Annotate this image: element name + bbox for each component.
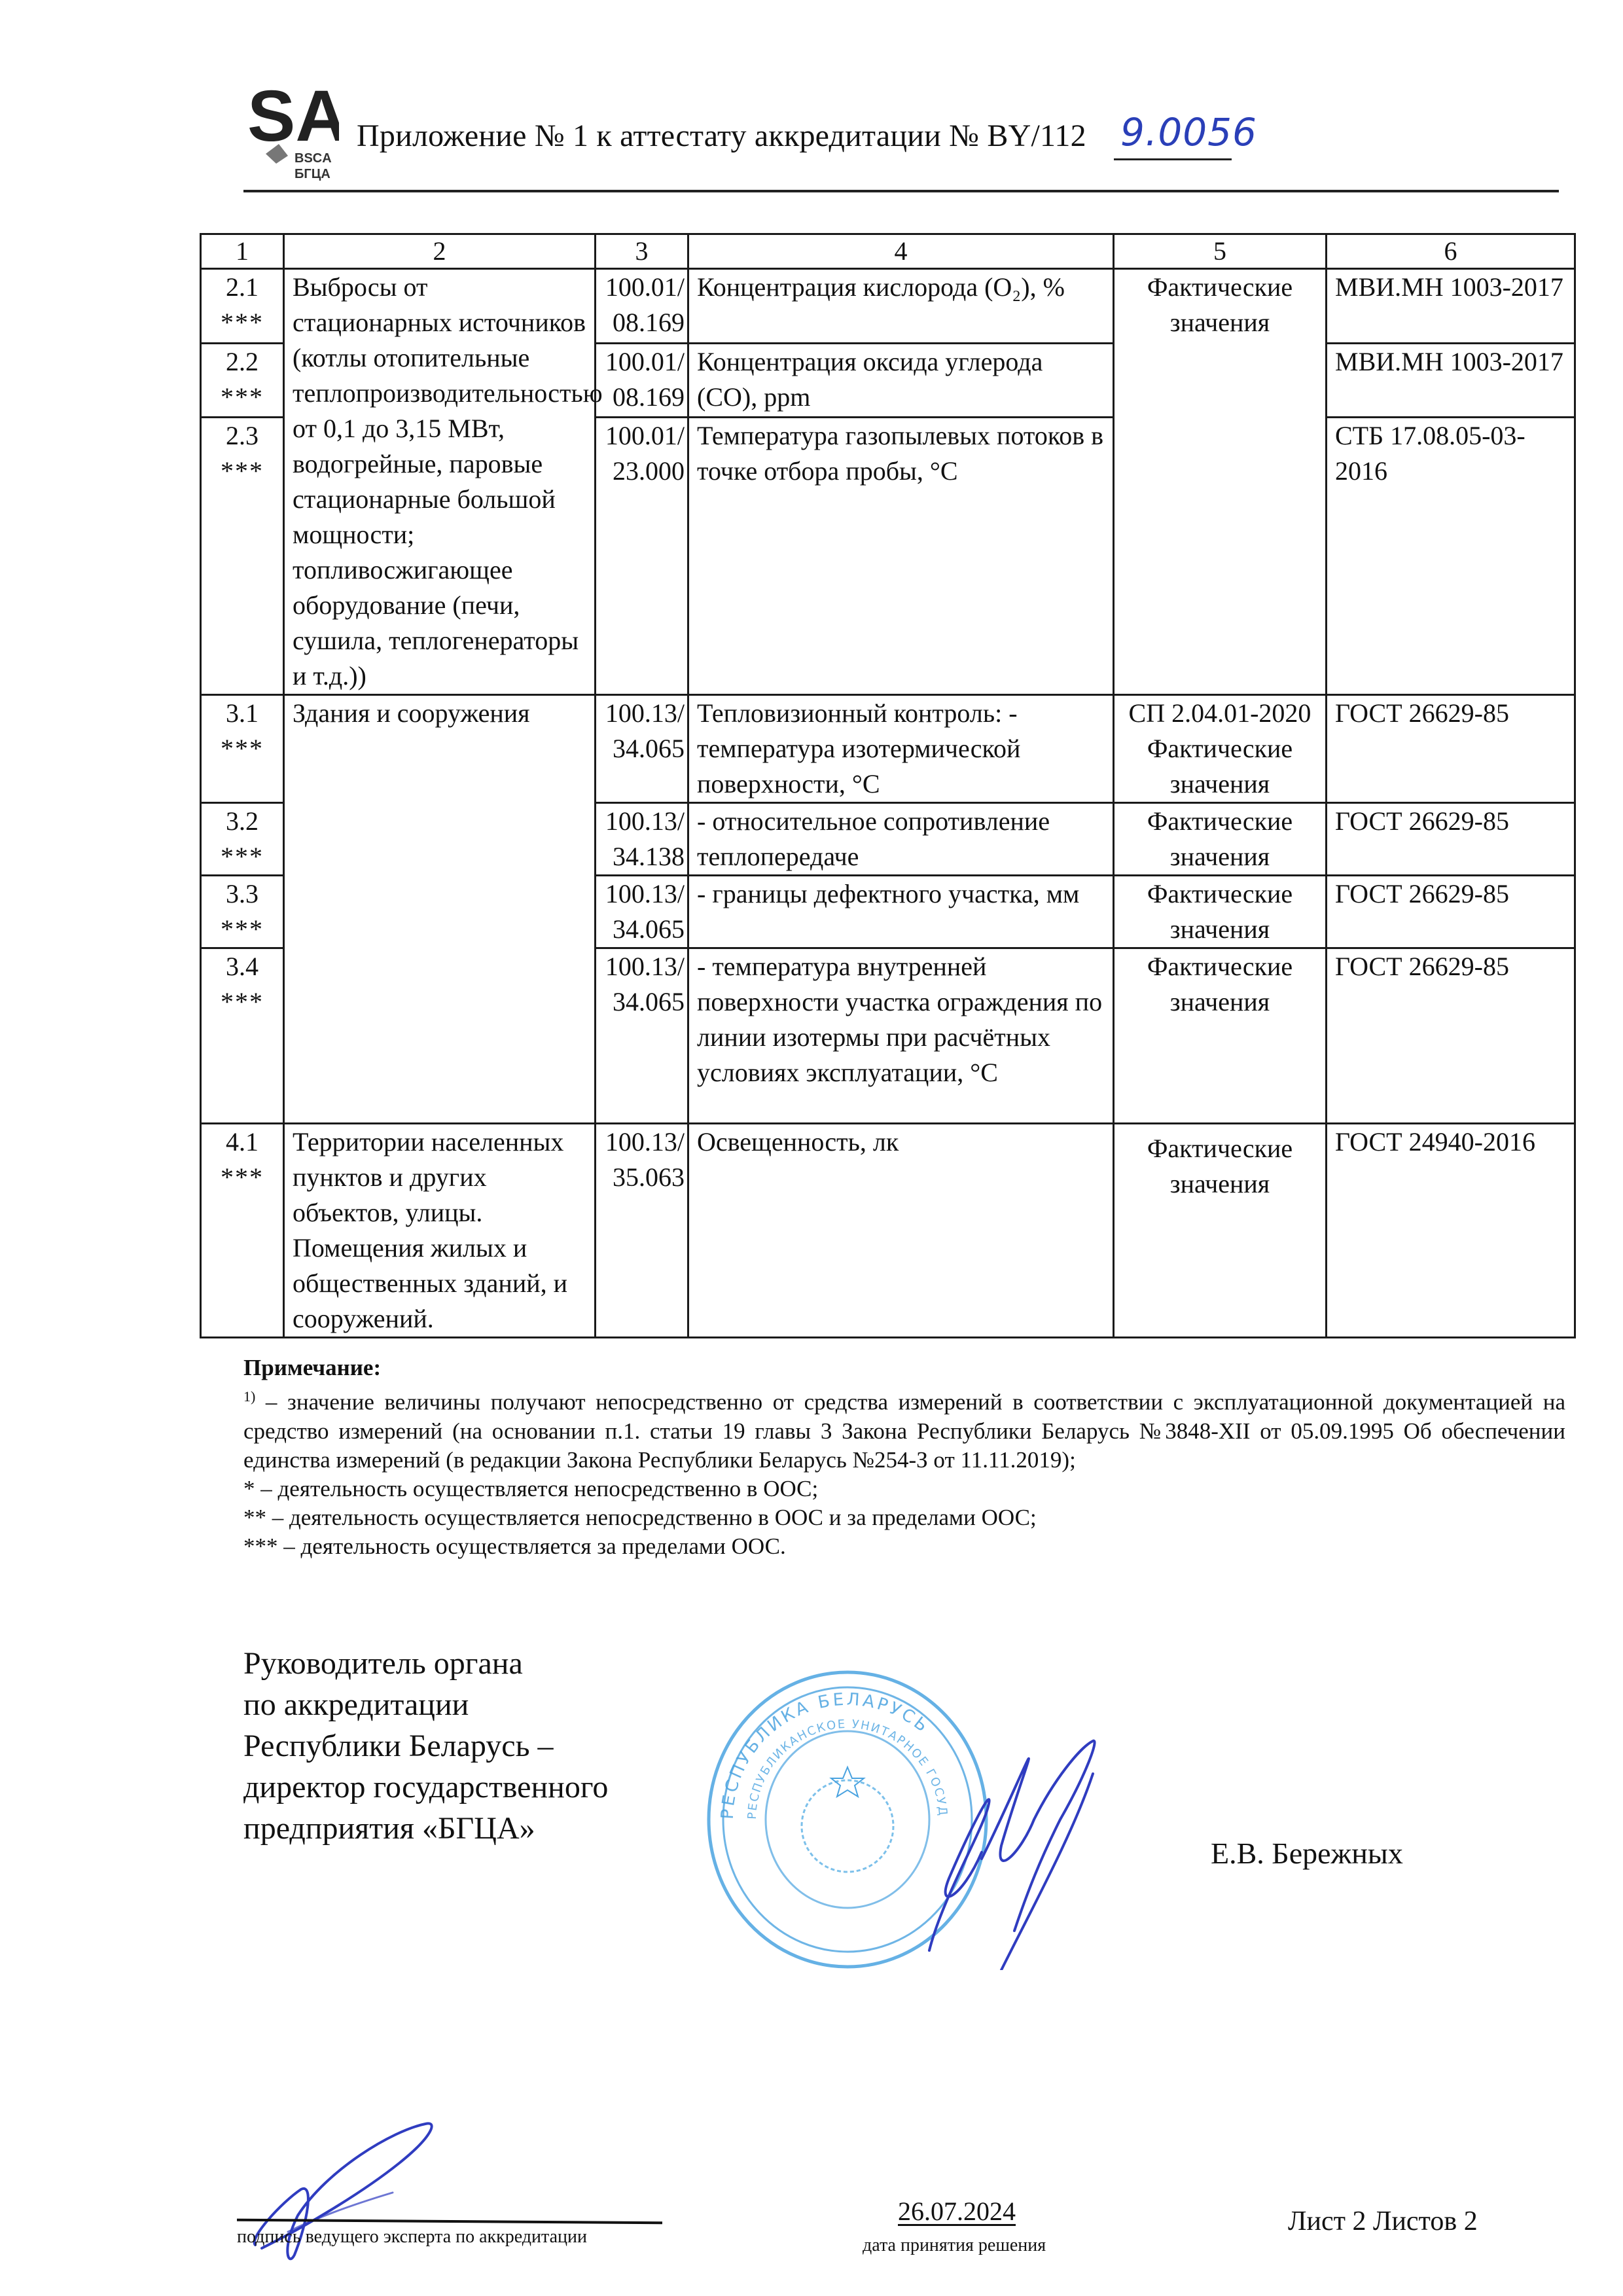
table-row: 2.1*** Выбросы от стационарных источнико…: [201, 269, 1575, 344]
footnote-1: 1) – значение величины получают непосред…: [243, 1382, 1565, 1475]
col-header-1: 1: [201, 234, 284, 269]
table-row: 4.1*** Территории населенных пунктов и д…: [201, 1124, 1575, 1338]
method-cell: ГОСТ 26629-85: [1327, 876, 1575, 948]
document-title: Приложение № 1 к аттестату аккредитации …: [357, 118, 1086, 154]
requirement-cell: Фактические значения: [1114, 269, 1327, 695]
method-cell: ГОСТ 26629-85: [1327, 695, 1575, 803]
handwritten-certificate-number: 9.0056: [1120, 110, 1257, 154]
signatory-title: Руководитель органа по аккредитации Респ…: [243, 1643, 608, 1849]
object-cell: Здания и сооружения: [284, 695, 596, 1124]
col-header-6: 6: [1327, 234, 1575, 269]
characteristic-cell: - относительное сопротивление теплоперед…: [688, 803, 1114, 876]
requirement-cell: Фактические значения: [1114, 876, 1327, 948]
method-cell: ГОСТ 26629-85: [1327, 803, 1575, 876]
object-cell: Выбросы от стационарных источников (котл…: [284, 269, 596, 695]
object-cell: Территории населенных пунктов и других о…: [284, 1124, 596, 1338]
code-cell: 100.01/ 23.000: [596, 418, 688, 695]
method-cell: МВИ.МН 1003-2017: [1327, 269, 1575, 344]
method-cell: ГОСТ 24940-2016: [1327, 1124, 1575, 1338]
row-number: 3.3***: [201, 876, 284, 948]
row-number: 3.2***: [201, 803, 284, 876]
director-signature-icon: [903, 1734, 1119, 1970]
logo-icon: SA BSCA БГЦА: [247, 79, 339, 183]
svg-text:BSCA: BSCA: [294, 151, 332, 166]
code-cell: 100.01/ 08.169: [596, 343, 688, 418]
characteristic-cell: - температура внутренней поверхности уча…: [688, 948, 1114, 1124]
requirement-cell: Фактические значения: [1114, 1124, 1327, 1338]
row-number: 2.2***: [201, 343, 284, 418]
characteristic-cell: - границы дефектного участка, мм: [688, 876, 1114, 948]
characteristic-cell: Температура газопылевых потоков в точке …: [688, 418, 1114, 695]
table-row: 3.1*** Здания и сооружения 100.13/ 34.06…: [201, 695, 1575, 803]
note-star-3: *** – деятельность осуществляется за пре…: [243, 1532, 1565, 1561]
code-cell: 100.13/ 34.065: [596, 948, 688, 1124]
svg-text:БГЦА: БГЦА: [294, 167, 330, 181]
col-header-4: 4: [688, 234, 1114, 269]
sheet-counter: Лист 2 Листов 2: [1288, 2206, 1478, 2237]
expert-signature-caption: подпись ведущего эксперта по аккредитаци…: [237, 2227, 587, 2248]
col-header-5: 5: [1114, 234, 1327, 269]
code-cell: 100.01/ 08.169: [596, 269, 688, 344]
requirement-cell: СП 2.04.01-2020 Фактические значения: [1114, 695, 1327, 803]
method-cell: ГОСТ 26629-85: [1327, 948, 1575, 1124]
characteristic-cell: Тепловизионный контроль: - температура и…: [688, 695, 1114, 803]
col-header-2: 2: [284, 234, 596, 269]
table-header-row: 1 2 3 4 5 6: [201, 234, 1575, 269]
row-number: 2.3***: [201, 418, 284, 695]
row-number: 3.4***: [201, 948, 284, 1124]
characteristic-cell: Концентрация кислорода (O₂), %: [688, 269, 1114, 344]
characteristic-cell: Освещенность, лк: [688, 1124, 1114, 1338]
row-number: 2.1***: [201, 269, 284, 344]
number-underline: [1114, 158, 1232, 160]
row-number: 4.1***: [201, 1124, 284, 1338]
note-star-2: ** – деятельность осуществляется непосре…: [243, 1503, 1565, 1532]
accreditation-scope-table: 1 2 3 4 5 6 2.1*** Выбросы от стационарн…: [200, 233, 1576, 1338]
svg-text:SA: SA: [247, 79, 339, 156]
requirement-cell: Фактические значения: [1114, 948, 1327, 1124]
code-cell: 100.13/ 34.065: [596, 695, 688, 803]
method-cell: МВИ.МН 1003-2017: [1327, 343, 1575, 418]
signatory-name: Е.В. Бережных: [1211, 1836, 1403, 1871]
header-divider: [243, 190, 1559, 192]
col-header-3: 3: [596, 234, 688, 269]
note-star-1: * – деятельность осуществляется непосред…: [243, 1475, 1565, 1503]
requirement-cell: Фактические значения: [1114, 803, 1327, 876]
decision-date: 26.07.2024: [898, 2196, 1016, 2227]
method-cell: СТБ 17.08.05-03-2016: [1327, 418, 1575, 695]
code-cell: 100.13/ 34.138: [596, 803, 688, 876]
notes-section: Примечание: 1) – значение величины получ…: [243, 1354, 1565, 1561]
row-number: 3.1***: [201, 695, 284, 803]
characteristic-cell: Концентрация оксида углерода (CO), ppm: [688, 343, 1114, 418]
bsca-logo: SA BSCA БГЦА: [247, 79, 339, 183]
code-cell: 100.13/ 34.065: [596, 876, 688, 948]
code-cell: 100.13/ 35.063: [596, 1124, 688, 1338]
decision-date-caption: дата принятия решения: [863, 2235, 1046, 2256]
notes-title: Примечание:: [243, 1354, 1565, 1382]
